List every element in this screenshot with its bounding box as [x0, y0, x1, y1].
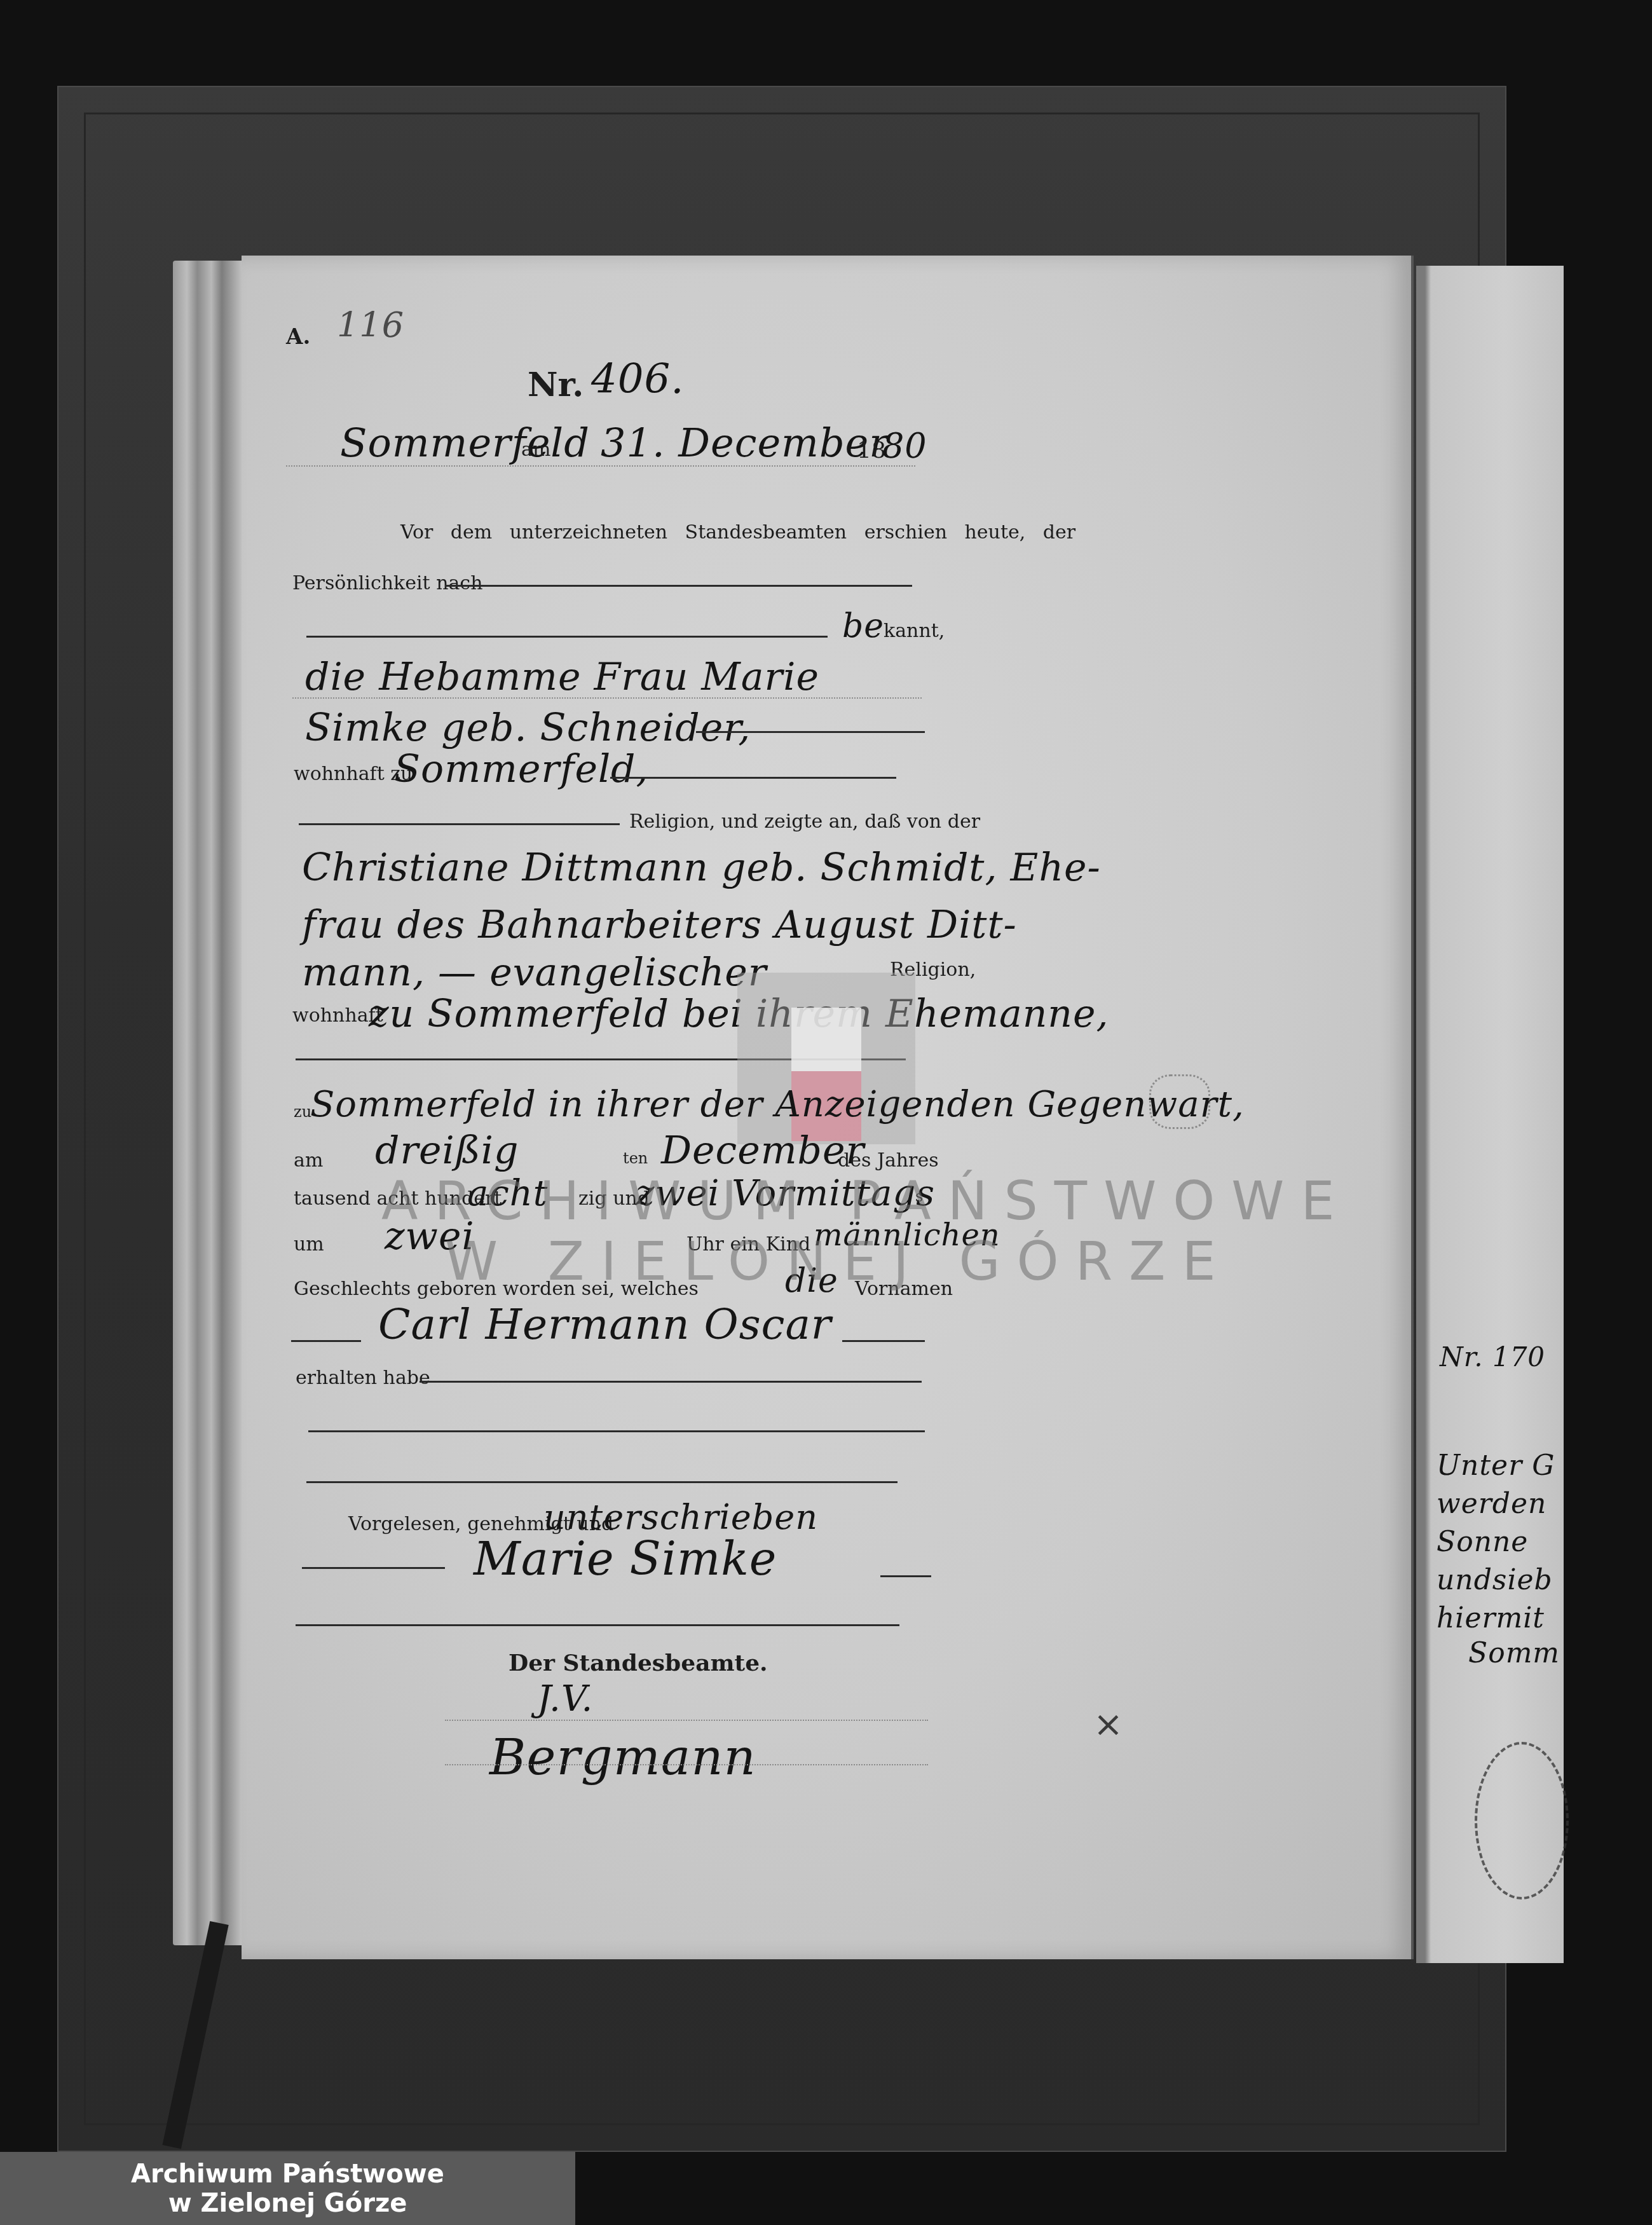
blank-rule: [445, 585, 912, 587]
birth-day: dreißig: [375, 1128, 519, 1173]
date-label: am: [521, 439, 550, 461]
adjacent-line: Sonne: [1437, 1526, 1528, 1558]
birth-month: December: [661, 1128, 864, 1173]
bekannt-suffix: kannt,: [884, 620, 945, 642]
ten-label: ten: [623, 1149, 648, 1167]
dotted-line: [292, 697, 922, 699]
zu-label: zu: [294, 1103, 311, 1121]
date-day-month: 31. December: [601, 420, 889, 466]
archive-badge-line-2: w Zielonej Górze: [0, 2189, 575, 2218]
watermark-line-2: W ZIELONEJ GÓRZE: [445, 1230, 1232, 1292]
page-edges: [173, 261, 243, 1945]
informant-line-1: die Hebamme Frau Marie: [305, 655, 819, 699]
informant-line-2: Simke geb. Schneider,: [305, 706, 751, 750]
official-signature: Bergmann: [489, 1729, 756, 1786]
registry-office-stamp: [1475, 1742, 1569, 1900]
official-title: Der Standesbeamte.: [509, 1650, 768, 1676]
erhalten-label: erhalten habe: [296, 1367, 430, 1389]
blank-rule: [291, 1340, 361, 1342]
adjacent-line: werden: [1437, 1488, 1546, 1520]
blank-rule: [420, 1381, 922, 1383]
adjacent-line: hiermit: [1437, 1602, 1545, 1634]
blank-rule: [696, 731, 925, 733]
um-label: um: [294, 1233, 324, 1256]
watermark-line-1: ARCHIWUM PAŃSTWOWE: [381, 1170, 1351, 1232]
closing-handwritten: unterschrieben: [543, 1497, 818, 1537]
blank-rule: [842, 1340, 925, 1342]
archive-badge-line-1: Archiwum Państwowe: [0, 2160, 575, 2189]
archive-badge: Archiwum Państwowe w Zielonej Górze: [0, 2152, 575, 2225]
margin-x-mark: ×: [1093, 1704, 1123, 1745]
dotted-line: [286, 465, 915, 467]
blank-rule: [302, 1567, 445, 1569]
entry-number-label: Nr.: [528, 366, 584, 404]
year-printed: 18: [857, 437, 886, 463]
watermark-logo-white: [791, 1008, 861, 1071]
blank-rule: [880, 1575, 931, 1577]
form-letter: A.: [286, 324, 310, 350]
child-given-names: Carl Hermann Oscar: [378, 1300, 831, 1349]
year-handwritten: 80: [882, 426, 927, 466]
adjacent-line: undsieb: [1437, 1564, 1553, 1596]
blank-rule: [306, 636, 828, 638]
blank-rule: [299, 823, 620, 825]
mother-line-1: Christiane Dittmann geb. Schmidt, Ehe-: [302, 845, 1101, 890]
official-signature-prefix: J.V.: [537, 1678, 593, 1720]
mother-religion: mann, — evangelischer: [302, 950, 767, 995]
dotted-line: [445, 1764, 928, 1765]
dotted-line: [445, 1720, 928, 1721]
adjacent-page: [1416, 266, 1564, 1963]
blank-rule: [306, 1481, 898, 1483]
adjacent-line: Unter G: [1437, 1449, 1555, 1482]
pencil-note: 116: [337, 305, 404, 345]
intro-line: Vor dem unterzeichneten Standesbeamten e…: [400, 521, 1075, 544]
birth-place-line: Sommerfeld in ihrer der Anzeigenden Gege…: [310, 1084, 1245, 1125]
bekannt-prefix: be: [842, 607, 884, 645]
adjacent-line: Somm: [1468, 1637, 1560, 1669]
informant-residence: Sommerfeld,: [394, 747, 649, 791]
am-label: am: [294, 1149, 323, 1172]
blank-rule: [296, 1624, 899, 1626]
des-jahres-label: des Jahres: [838, 1149, 939, 1172]
adjacent-entry-number: Nr. 170: [1440, 1341, 1545, 1373]
mother-line-2: frau des Bahnarbeiters August Ditt-: [302, 903, 1017, 947]
persoenlichkeit-label: Persönlichkeit nach: [292, 572, 482, 594]
place: Sommerfeld: [340, 420, 590, 466]
bleed-through-stamp: [1149, 1074, 1210, 1129]
informant-signature: Marie Simke: [474, 1532, 777, 1585]
blank-rule: [610, 777, 896, 779]
entry-number: 406.: [591, 356, 685, 403]
religion-line: Religion, und zeigte an, daß von der: [629, 811, 980, 833]
blank-rule: [308, 1430, 925, 1432]
